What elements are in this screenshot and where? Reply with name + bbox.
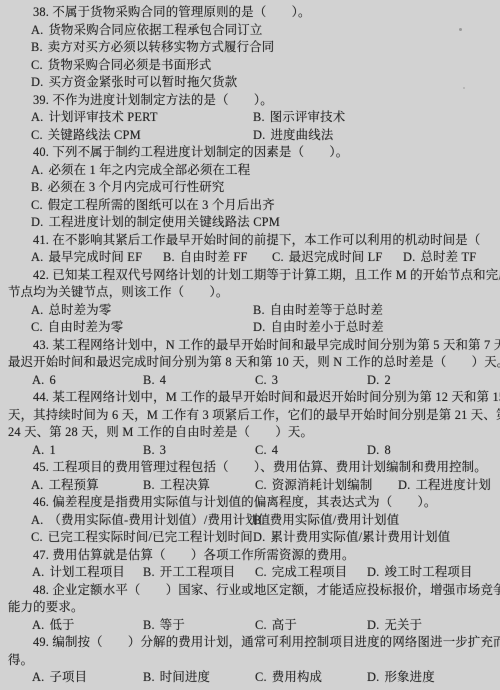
option-text: 已完工程实际时间/已完工程计划时间 (48, 530, 253, 544)
question-38-option-D: D.买方资金紧张时可以暂时拖欠货款 (31, 74, 237, 92)
question-38-option-row: C.货物采购合同必须是书面形式 (8, 57, 494, 75)
question-46-option-B: B.费用实际值/费用计划值 (253, 512, 399, 530)
option-label: B. (143, 372, 155, 390)
option-label: B. (253, 109, 265, 127)
option-label: A. (32, 617, 44, 635)
option-label: B. (31, 39, 43, 57)
option-text: 总时差为零 (48, 303, 111, 317)
question-48-option-row: A.低于B.等于C.高于D.无关于 (8, 617, 494, 635)
option-label: B. (143, 617, 155, 635)
option-text: 总时差 TF (420, 250, 476, 264)
option-text: 子项目 (49, 670, 87, 684)
question-46-stem-line: 46. 偏差程度是指费用实际值与计划值的偏离程度，其表达式为（ ）。 (8, 494, 494, 512)
option-text: 低于 (49, 618, 74, 632)
option-label: B. (253, 302, 265, 320)
option-text: 自由时差 FF (180, 250, 248, 264)
question-39-option-D: D.进度曲线法 (253, 127, 333, 145)
question-38-option-row: D.买方资金紧张时可以暂时拖欠货款 (8, 74, 494, 92)
option-text: 无关于 (384, 618, 422, 632)
question-45-option-C: C.资源消耗计划编制 (255, 477, 373, 495)
scanned-exam-page: 38. 不属于货物采购合同的管理原则的是（ ）。A.货物采购合同应依据工程承包合… (0, 0, 500, 690)
option-label: A. (31, 512, 43, 530)
question-45-option-B: B.工程决算 (143, 477, 210, 495)
question-47-stem-line: 47. 费用估算就是估算（ ）各项工作所需资源的费用。 (8, 547, 494, 565)
question-48-option-B: B.等于 (143, 617, 185, 635)
option-label: D. (253, 127, 265, 145)
option-text: 计划评审技术 PERT (48, 110, 157, 124)
option-label: A. (32, 564, 44, 582)
option-label: A. (31, 109, 43, 127)
option-text: 必须在 3 个月内完成可行性研究 (48, 180, 225, 194)
question-44-option-B: B.3 (143, 442, 166, 460)
question-44-option-A: A.1 (32, 442, 56, 460)
question-46-option-row: C.已完工程实际时间/已完工程计划时间D.累计费用实际值/累计费用计划值 (8, 529, 494, 547)
question-42-stem-line: 节点均为关键节点，则该工作（ ）。 (8, 284, 494, 302)
question-46-option-row: A.（费用实际值-费用计划值）/费用计划值B.费用实际值/费用计划值 (8, 512, 494, 530)
option-text: 进度曲线法 (270, 128, 333, 142)
question-38: 38. 不属于货物采购合同的管理原则的是（ ）。A.货物采购合同应依据工程承包合… (8, 4, 494, 92)
option-label: D. (367, 564, 379, 582)
question-45-option-row: A.工程预算B.工程决算C.资源消耗计划编制D.工程进度计划 (8, 477, 494, 495)
option-text: 自由时差为零 (48, 320, 124, 334)
question-43-stem-line: 最迟开始时间和最迟完成时间分别为第 8 天和第 10 天，则 N 工作的总时差是… (8, 354, 494, 372)
option-text: 假定工程所需的图纸可以在 3 个月后出齐 (48, 198, 275, 212)
question-43-option-A: A.6 (32, 372, 56, 390)
option-label: C. (31, 197, 43, 215)
question-40-option-row: D.工程进度计划的制定使用关键线路法 CPM (8, 214, 494, 232)
option-text: 货物采购合同应依据工程承包合同订立 (48, 23, 262, 37)
question-40: 40. 下列不属于制约工程进度计划制定的因素是（ ）。A.必须在 1 年之内完成… (8, 144, 494, 232)
option-label: D. (367, 372, 379, 390)
question-38-option-row: B.卖方对买方必须以转移实物方式履行合同 (8, 39, 494, 57)
option-label: B. (143, 477, 155, 495)
option-text: 3 (272, 373, 278, 387)
question-42-option-B: B.自由时差等于总时差 (253, 302, 383, 320)
question-39-option-A: A.计划评审技术 PERT (31, 109, 158, 127)
question-40-option-C: C.假定工程所需的图纸可以在 3 个月后出齐 (31, 197, 275, 215)
question-40-option-D: D.工程进度计划的制定使用关键线路法 CPM (31, 214, 280, 232)
option-label: C. (31, 127, 43, 145)
question-44: 44. 某工程网络计划中，M 工作的最早开始时间和最迟开始时间分别为第 12 天… (8, 389, 494, 459)
question-46: 46. 偏差程度是指费用实际值与计划值的偏离程度，其表达式为（ ）。A.（费用实… (8, 494, 494, 547)
option-text: 完成工程项目 (272, 565, 348, 579)
question-44-stem-line: 天，其持续时间为 6 天，M 工作有 3 项紧后工作，它们的最早开始时间分别是第… (8, 407, 494, 425)
question-41-option-B: B.自由时差 FF (163, 249, 248, 267)
option-label: D. (31, 74, 43, 92)
question-39-option-C: C.关键路线法 CPM (31, 127, 141, 145)
question-44-stem-line: 44. 某工程网络计划中，M 工作的最早开始时间和最迟开始时间分别为第 12 天… (8, 389, 494, 407)
question-46-option-D: D.累计费用实际值/累计费用计划值 (253, 529, 450, 547)
option-label: C. (255, 617, 267, 635)
option-text: 累计费用实际值/累计费用计划值 (270, 530, 450, 544)
option-text: 必须在 1 年之内完成全部必须在工程 (48, 163, 250, 177)
question-40-option-row: B.必须在 3 个月内完成可行性研究 (8, 179, 494, 197)
option-text: 工程预算 (48, 478, 98, 492)
option-text: 计划工程项目 (49, 565, 125, 579)
option-label: C. (31, 57, 43, 75)
question-42-option-C: C.自由时差为零 (31, 319, 123, 337)
scan-speck (459, 28, 462, 31)
question-45-option-D: D.工程进度计划 (398, 477, 491, 495)
option-label: C. (272, 249, 284, 267)
option-label: A. (32, 372, 44, 390)
question-49: 49. 编制按（ ）分解的费用计划，通常可利用控制项目进度的网络图进一步扩充而得… (8, 634, 494, 687)
question-40-option-row: A.必须在 1 年之内完成全部必须在工程 (8, 162, 494, 180)
question-45-option-A: A.工程预算 (31, 477, 99, 495)
option-text: 2 (384, 373, 390, 387)
option-text: 关键路线法 CPM (48, 128, 141, 142)
option-label: C. (255, 564, 267, 582)
option-text: 卖方对买方必须以转移实物方式履行合同 (48, 40, 275, 54)
question-49-stem-line: 得。 (8, 652, 494, 670)
question-44-option-D: D.8 (367, 442, 391, 460)
question-46-option-C: C.已完工程实际时间/已完工程计划时间 (31, 529, 253, 547)
question-48-stem-line: 48. 企业定额水平（ ）国家、行业或地区定额，才能适应投标报价，增强市场竞争 (8, 582, 494, 600)
scan-speck (463, 87, 465, 89)
question-46-option-A: A.（费用实际值-费用计划值）/费用计划值 (31, 512, 270, 530)
option-text: 自由时差等于总时差 (270, 303, 383, 317)
option-text: 最早完成时间 EF (48, 250, 142, 264)
question-43: 43. 某工程网络计划中，N 工作的最早开始时间和最早完成时间分别为第 5 天和… (8, 337, 494, 390)
question-42: 42. 已知某工程双代号网络计划的计划工期等于计算工期，且工作 M 的开始节点和… (8, 267, 494, 337)
option-text: 高于 (272, 618, 297, 632)
option-text: 4 (160, 373, 166, 387)
question-43-stem-line: 43. 某工程网络计划中，N 工作的最早开始时间和最早完成时间分别为第 5 天和… (8, 337, 494, 355)
question-47-option-row: A.计划工程项目B.开工工程项目C.完成工程项目D.竣工时工程项目 (8, 564, 494, 582)
question-48-option-A: A.低于 (32, 617, 75, 635)
option-label: D. (398, 477, 410, 495)
question-42-option-A: A.总时差为零 (31, 302, 111, 320)
option-label: B. (163, 249, 175, 267)
question-44-option-C: C.4 (255, 442, 278, 460)
question-42-option-row: C.自由时差为零D.自由时差小于总时差 (8, 319, 494, 337)
question-40-stem-line: 40. 下列不属于制约工程进度计划制定的因素是（ ）。 (8, 144, 494, 162)
option-label: D. (253, 529, 265, 547)
option-label: A. (31, 22, 43, 40)
option-text: 货物采购合同必须是书面形式 (48, 58, 212, 72)
option-text: （费用实际值-费用计划值）/费用计划值 (48, 513, 270, 527)
question-41-option-D: D.总时差 TF (403, 249, 476, 267)
option-label: C. (31, 529, 43, 547)
question-47-option-C: C.完成工程项目 (255, 564, 347, 582)
option-label: C. (255, 372, 267, 390)
option-text: 6 (49, 373, 55, 387)
option-label: D. (403, 249, 415, 267)
option-text: 等于 (160, 618, 185, 632)
option-text: 自由时差小于总时差 (270, 320, 383, 334)
question-43-option-B: B.4 (143, 372, 166, 390)
option-text: 资源消耗计划编制 (272, 478, 373, 492)
option-text: 开工工程项目 (160, 565, 236, 579)
option-text: 工程决算 (160, 478, 210, 492)
question-44-stem-line: 24 天、第 28 天，则 M 工作的自由时差是（ ）天。 (8, 424, 494, 442)
question-49-option-A: A.子项目 (32, 669, 87, 687)
question-38-option-row: A.货物采购合同应依据工程承包合同订立 (8, 22, 494, 40)
questions-list: 38. 不属于货物采购合同的管理原则的是（ ）。A.货物采购合同应依据工程承包合… (8, 4, 494, 687)
option-label: B. (253, 512, 265, 530)
option-label: D. (367, 617, 379, 635)
question-42-stem-line: 42. 已知某工程双代号网络计划的计划工期等于计算工期，且工作 M 的开始节点和… (8, 267, 494, 285)
question-48-option-D: D.无关于 (367, 617, 422, 635)
option-label: A. (31, 302, 43, 320)
option-text: 费用实际值/费用计划值 (270, 513, 400, 527)
option-label: A. (32, 442, 44, 460)
question-49-option-C: C.费用构成 (255, 669, 322, 687)
option-text: 3 (160, 443, 166, 457)
option-label: A. (31, 162, 43, 180)
question-38-stem-line: 38. 不属于货物采购合同的管理原则的是（ ）。 (8, 4, 494, 22)
question-39-option-row: A.计划评审技术 PERTB.图示评审技术 (8, 109, 494, 127)
question-47-option-D: D.竣工时工程项目 (367, 564, 473, 582)
option-label: C. (31, 319, 43, 337)
question-39-option-B: B.图示评审技术 (253, 109, 345, 127)
question-44-option-row: A.1B.3C.4D.8 (8, 442, 494, 460)
option-label: D. (367, 669, 379, 687)
question-47-option-A: A.计划工程项目 (32, 564, 125, 582)
question-49-option-D: D.形象进度 (367, 669, 435, 687)
question-48-option-C: C.高于 (255, 617, 297, 635)
option-text: 最迟完成时间 LF (289, 250, 383, 264)
question-49-stem-line: 49. 编制按（ ）分解的费用计划，通常可利用控制项目进度的网络图进一步扩充而 (8, 634, 494, 652)
option-label: C. (255, 442, 267, 460)
option-label: A. (32, 669, 44, 687)
option-text: 1 (49, 443, 55, 457)
question-49-option-B: B.时间进度 (143, 669, 210, 687)
question-43-option-D: D.2 (367, 372, 391, 390)
option-label: D. (31, 214, 43, 232)
question-49-option-row: A.子项目B.时间进度C.费用构成D.形象进度 (8, 669, 494, 687)
question-43-option-row: A.6B.4C.3D.2 (8, 372, 494, 390)
question-40-option-A: A.必须在 1 年之内完成全部必须在工程 (31, 162, 250, 180)
question-40-option-row: C.假定工程所需的图纸可以在 3 个月后出齐 (8, 197, 494, 215)
question-41: 41. 在不影响其紧后工作最早开始时间的前提下，本工作可以利用的机动时间是（ ）… (8, 232, 494, 267)
question-48: 48. 企业定额水平（ ）国家、行业或地区定额，才能适应投标报价，增强市场竞争能… (8, 582, 494, 635)
question-39: 39. 不作为进度计划制定方法的是（ ）。A.计划评审技术 PERTB.图示评审… (8, 92, 494, 145)
question-38-option-A: A.货物采购合同应依据工程承包合同订立 (31, 22, 263, 40)
question-38-option-C: C.货物采购合同必须是书面形式 (31, 57, 211, 75)
option-text: 8 (384, 443, 390, 457)
question-40-option-B: B.必须在 3 个月内完成可行性研究 (31, 179, 224, 197)
question-45: 45. 工程项目的费用管理过程包括（ ）、费用估算、费用计划编制和费用控制。A.… (8, 459, 494, 494)
option-label: C. (255, 669, 267, 687)
option-label: D. (367, 442, 379, 460)
option-label: D. (253, 319, 265, 337)
question-48-stem-line: 能力的要求。 (8, 599, 494, 617)
question-39-stem-line: 39. 不作为进度计划制定方法的是（ ）。 (8, 92, 494, 110)
option-text: 形象进度 (384, 670, 434, 684)
option-text: 4 (272, 443, 278, 457)
option-label: B. (143, 564, 155, 582)
question-38-option-B: B.卖方对买方必须以转移实物方式履行合同 (31, 39, 274, 57)
option-text: 时间进度 (160, 670, 210, 684)
option-label: B. (31, 179, 43, 197)
option-text: 费用构成 (272, 670, 322, 684)
option-text: 工程进度计划 (415, 478, 491, 492)
option-label: B. (143, 669, 155, 687)
question-41-stem-line: 41. 在不影响其紧后工作最早开始时间的前提下，本工作可以利用的机动时间是（ ）… (8, 232, 494, 250)
question-39-option-row: C.关键路线法 CPMD.进度曲线法 (8, 127, 494, 145)
option-label: A. (31, 477, 43, 495)
question-42-option-D: D.自由时差小于总时差 (253, 319, 384, 337)
question-43-option-C: C.3 (255, 372, 278, 390)
question-47: 47. 费用估算就是估算（ ）各项工作所需资源的费用。A.计划工程项目B.开工工… (8, 547, 494, 582)
question-47-option-B: B.开工工程项目 (143, 564, 235, 582)
option-text: 图示评审技术 (270, 110, 346, 124)
question-41-option-A: A.最早完成时间 EF (31, 249, 142, 267)
option-label: C. (255, 477, 267, 495)
question-42-option-row: A.总时差为零B.自由时差等于总时差 (8, 302, 494, 320)
option-text: 工程进度计划的制定使用关键线路法 CPM (48, 215, 280, 229)
option-label: A. (31, 249, 43, 267)
question-45-stem-line: 45. 工程项目的费用管理过程包括（ ）、费用估算、费用计划编制和费用控制。 (8, 459, 494, 477)
option-label: B. (143, 442, 155, 460)
option-text: 竣工时工程项目 (384, 565, 472, 579)
question-41-option-C: C.最迟完成时间 LF (272, 249, 382, 267)
question-41-option-row: A.最早完成时间 EFB.自由时差 FFC.最迟完成时间 LFD.总时差 TF (8, 249, 494, 267)
option-text: 买方资金紧张时可以暂时拖欠货款 (48, 75, 237, 89)
